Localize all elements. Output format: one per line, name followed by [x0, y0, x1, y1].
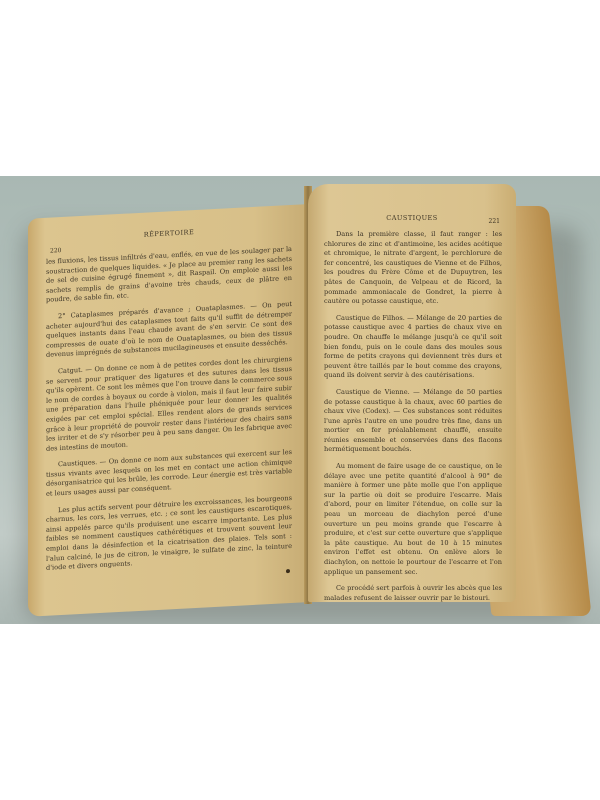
left-page-number: 220 [50, 247, 61, 255]
right-page-number: 221 [489, 218, 500, 225]
book-photo: RÉPERTOIRE 220 les fluxions, les tissus … [0, 176, 600, 624]
paragraph: Ce procédé sert parfois à ouvrir les abc… [324, 584, 502, 602]
left-running-head: RÉPERTOIRE [28, 222, 310, 245]
right-page-text: Dans la première classe, il faut ranger … [308, 230, 516, 602]
paragraph: 2° Cataplasmes préparés d'avance ; Ouata… [46, 300, 292, 361]
left-page-text: les fluxions, les tissus infiltrés d'eau… [28, 244, 310, 575]
right-running-head: CAUSTIQUES [308, 214, 516, 222]
paragraph: Au moment de faire usage de ce caustique… [324, 462, 502, 577]
paragraph: Caustique de Vienne. — Mélange de 50 par… [324, 388, 502, 455]
paragraph: les fluxions, les tissus infiltrés d'eau… [46, 245, 292, 306]
paragraph: Catgut. — On donne ce nom à de petites c… [46, 355, 292, 454]
paragraph: Caustique de Filhos. — Mélange de 20 par… [324, 314, 502, 381]
paragraph: Dans la première classe, il faut ranger … [324, 230, 502, 307]
paragraph: Les plus actifs servent pour détruire le… [46, 494, 292, 574]
right-page: CAUSTIQUES 221 Dans la première classe, … [308, 184, 516, 602]
paragraph: Caustiques. — On donne ce nom aux substa… [46, 448, 292, 499]
left-page: RÉPERTOIRE 220 les fluxions, les tissus … [28, 204, 310, 617]
ink-spot [286, 569, 290, 573]
